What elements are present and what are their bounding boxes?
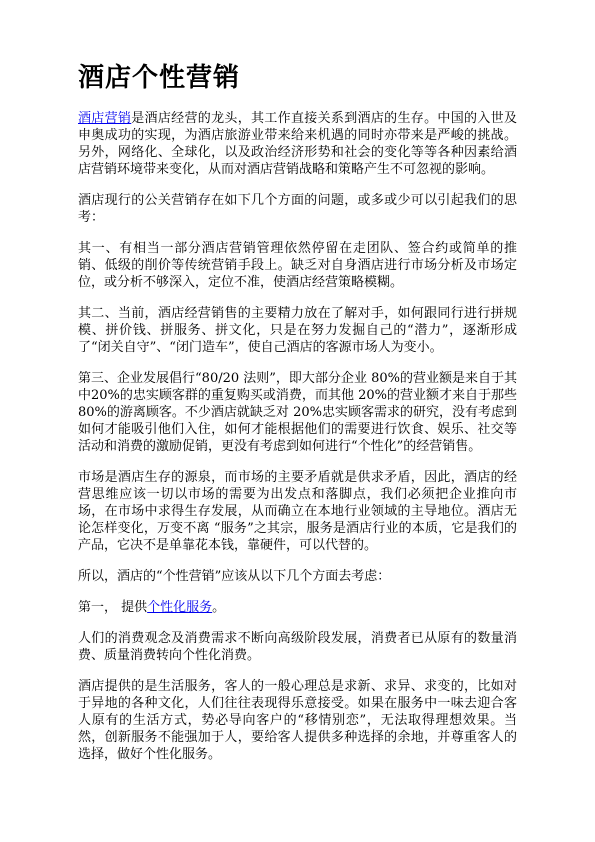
paragraph-issue-2: 其二、当前，酒店经营销售的主要精力放在了解对手，如何跟同行进行拼规模、拼价钱、拼… bbox=[78, 305, 517, 356]
paragraph-issue-3: 第三、企业发展倡行“80/20 法则”，即大部分企业 80%的营业额是来自于其中… bbox=[78, 370, 517, 455]
paragraph-point-1-heading: 第一， 提供个性化服务。 bbox=[78, 599, 517, 616]
paragraph-service-innovation: 酒店提供的是生活服务，客人的一般心理总是求新、求异、求变的，比如对于异地的各种文… bbox=[78, 678, 517, 763]
point-1-suffix: 。 bbox=[212, 600, 225, 615]
paragraph-intro-text: 是酒店经营的龙头，其工作直接关系到酒店的生存。中国的入世及申奥成功的实现，为酒店… bbox=[78, 111, 517, 177]
paragraph-issue-1: 其一、有相当一部分酒店营销管理依然停留在走团队、签合约或简单的推销、低级的削价等… bbox=[78, 240, 517, 291]
paragraph-issues-lead: 酒店现行的公关营销存在如下几个方面的问题，或多或少可以引起我们的思考： bbox=[78, 192, 517, 226]
paragraph-conclusion-lead: 所以，酒店的“个性营销”应该从以下几个方面去考虑： bbox=[78, 568, 517, 585]
paragraph-market-essence: 市场是酒店生存的源泉，而市场的主要矛盾就是供求矛盾，因此，酒店的经营思维应该一切… bbox=[78, 469, 517, 554]
page-title: 酒店个性营销 bbox=[78, 62, 517, 94]
hotel-marketing-link[interactable]: 酒店营销 bbox=[78, 111, 131, 126]
paragraph-consumption-trend: 人们的消费观念及消费需求不断向高级阶段发展，消费者已从原有的数量消费、质量消费转… bbox=[78, 630, 517, 664]
point-1-prefix: 第一， 提供 bbox=[78, 600, 147, 615]
document-page: 酒店个性营销 酒店营销是酒店经营的龙头，其工作直接关系到酒店的生存。中国的入世及… bbox=[0, 0, 595, 842]
personalized-service-link[interactable]: 个性化服务 bbox=[147, 600, 212, 615]
paragraph-intro: 酒店营销是酒店经营的龙头，其工作直接关系到酒店的生存。中国的入世及申奥成功的实现… bbox=[78, 110, 517, 178]
